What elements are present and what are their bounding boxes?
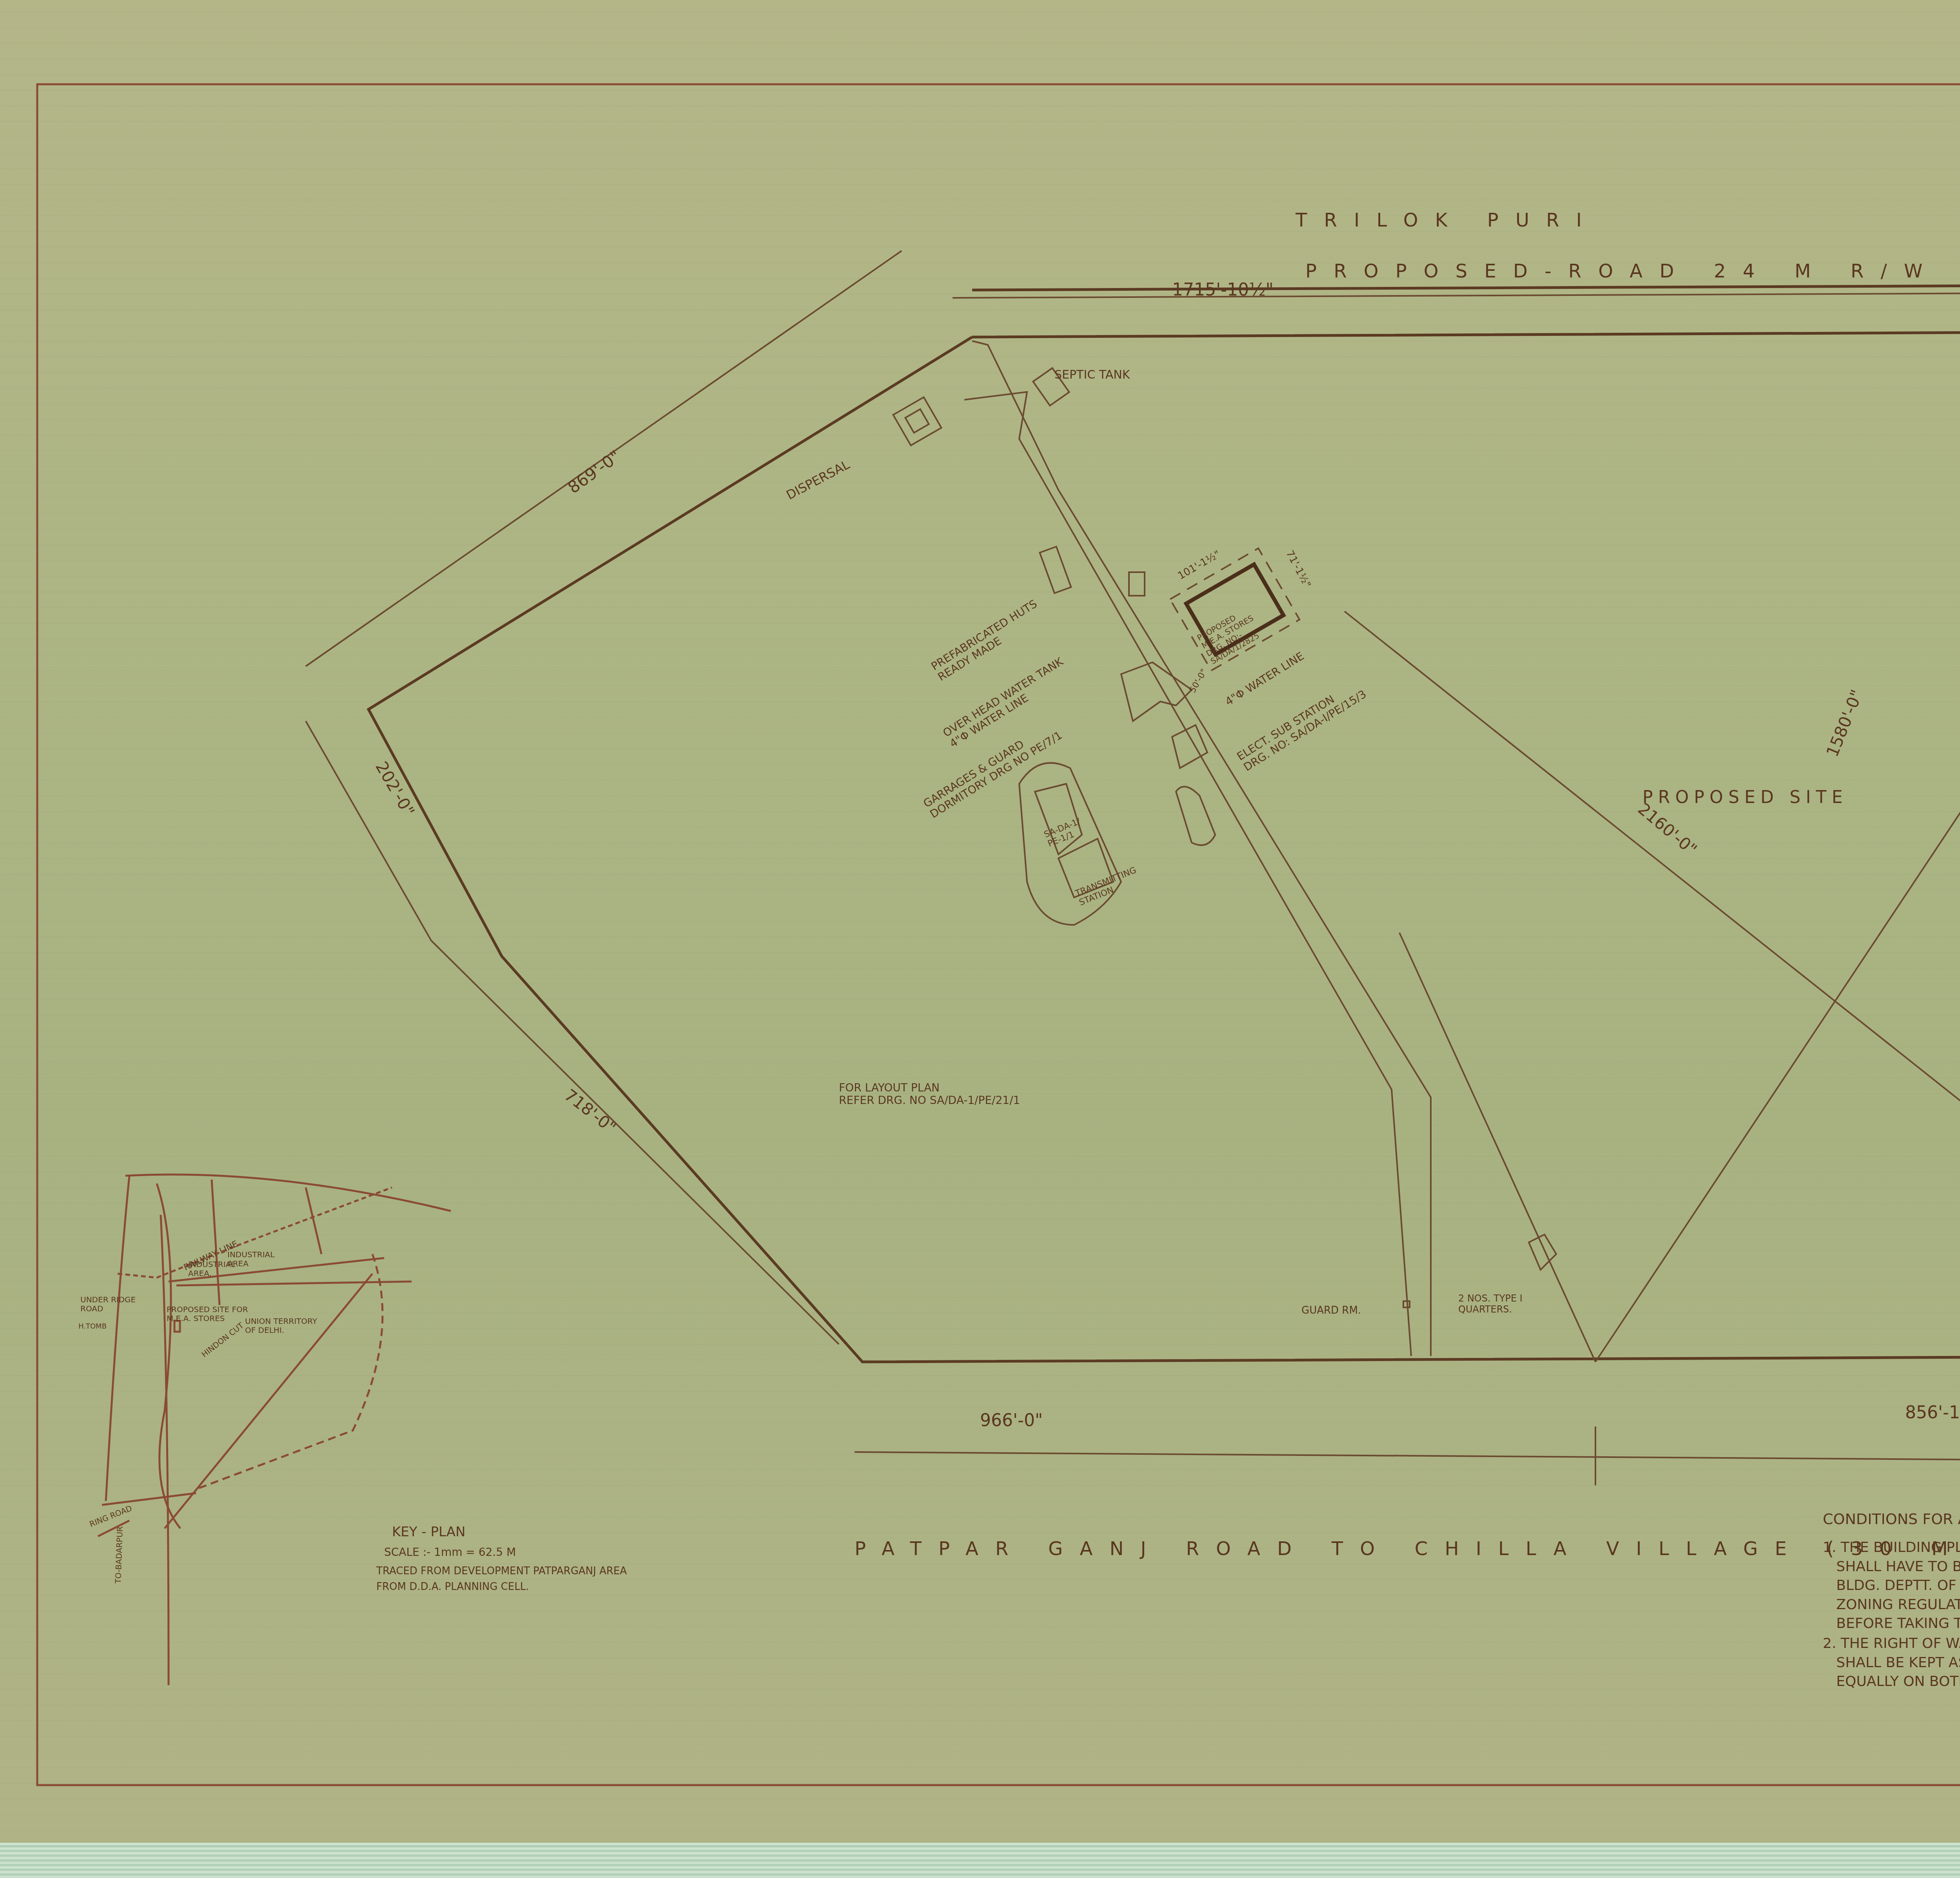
dim-top: 1715'-10½" [1172,280,1274,300]
key-plan-source-2: FROM D.D.A. PLANNING CELL. [376,1581,529,1593]
dim-line-top [953,292,1960,298]
diagonal-2160 [1345,611,1960,1356]
dim-line-south [855,1452,1960,1462]
under-ridge-road-label: UNDER RIDGE ROAD [80,1295,136,1313]
dim-line-w-upper [306,721,431,941]
guard-room-label: GUARD RM. [1301,1305,1361,1317]
union-territory-label: UNION TERRITORY OF DELHI. [245,1317,317,1335]
layout-reference-note: FOR LAYOUT PLAN REFER DRG. NO SA/DA-1/PE… [839,1082,1020,1107]
industrial-area-2-label: INDUSTRIAL AREA. [188,1260,235,1278]
key-proposed-site-label: PROPOSED SITE FOR M.E.A. STORES [167,1305,248,1323]
dim-line-w-lower [431,941,839,1344]
sub-station [1172,725,1207,768]
condition-item-2: 2. THE RIGHT OF WAY OF THE PATPARGANJ RO… [1823,1634,1960,1691]
landscape-island [1176,787,1215,845]
diagonal-1580 [1595,341,1960,1362]
septic-tank-label: SEPTIC TANK [1054,368,1130,382]
prefabricated-huts [1040,547,1071,593]
south-road-label: PATPAR GANJ ROAD TO CHILLA VILLAGE (30 M… [855,1538,1960,1560]
quarters-label: 2 NOS. TYPE I QUARTERS. [1458,1293,1523,1315]
drawing-sheet: TRILOK PURI PROPOSED-ROAD 24 M R/W 1715'… [0,0,1960,1878]
conditions-heading: CONDITIONS FOR APPROVAL: [1823,1511,1960,1528]
north-road-edge [972,284,1960,290]
condition-item-1: 1. THE BUILDING PLANS FOR THE PROPOSED B… [1823,1538,1960,1633]
sheet-border [37,84,1960,1785]
dispersal-pit [893,397,942,446]
access-road-west [964,392,1411,1356]
type-i-quarters [1529,1234,1556,1270]
site-boundary [368,331,1960,1362]
dim-south-left: 966'-0" [980,1411,1043,1431]
key-plan-scale: SCALE :- 1mm = 62.5 M [384,1546,516,1559]
garages-building [1121,662,1192,721]
access-road-east [972,341,1431,1356]
overhead-water-tank [1129,572,1145,596]
tomb-label: H.TOMB [78,1323,107,1331]
dim-south-right: 856'-10½" [1905,1403,1960,1423]
north-area-label: TRILOK PURI [1296,210,1599,231]
proposed-site-label: PROPOSED SITE [1642,788,1848,808]
key-plan-title: KEY - PLAN [392,1525,465,1540]
key-plan-source-1: TRACED FROM DEVELOPMENT PATPARGANJ AREA [376,1566,627,1577]
north-road-label: PROPOSED-ROAD 24 M R/W [1305,261,1940,282]
